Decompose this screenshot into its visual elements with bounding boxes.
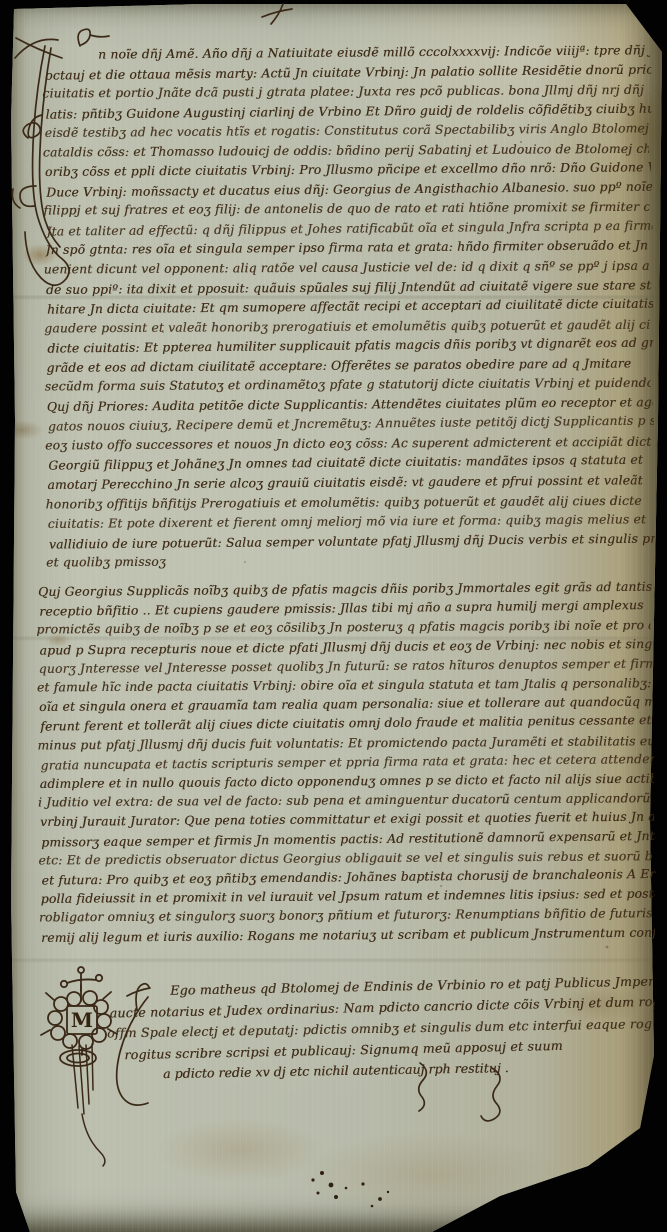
manuscript-line: secũdm forma suis Statutoʒ et ordinamẽto… [45,374,651,397]
manuscript-line: uenient dicunt vel opponent: aliq ratõe … [44,257,650,280]
manuscript-photo: n noĩe dñj Amẽ. Año dñj a Natiuitate eiu… [0,0,667,1232]
text-paragraph-acceptance: Quj Georgius Supplicãs noĩbʒ quibʒ de pf… [38,578,655,948]
manuscript-line: cataldis cõss: et Thomasso ludouicj de o… [43,140,649,163]
notary-subscription: Ego matheus qd Btolomej de Endinis de Vr… [108,971,655,1065]
manuscript-line: et quolibʒ pmissoʒ [46,550,652,573]
notary-monogram: M [69,1007,95,1033]
text-paragraph-main: n noĩe dñj Amẽ. Año dñj a Natiuitate eiu… [44,41,654,574]
